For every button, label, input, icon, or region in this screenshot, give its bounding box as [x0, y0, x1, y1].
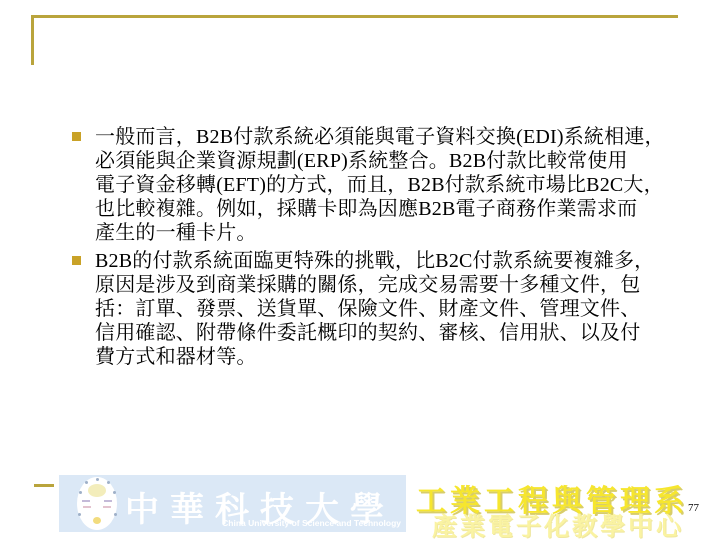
emblem-dash: [103, 506, 111, 508]
emblem-rim-dot: [96, 478, 99, 481]
bullet-list: 一般而言，B2B付款系統必須能與電子資料交換(EDI)系統相連， 必須能與企業資…: [72, 125, 702, 369]
bullet-text: B2B的付款系統面臨更特殊的挑戰，比B2C付款系統要複雜多， 原因是涉及到商業採…: [95, 249, 654, 369]
emblem-rim-dot: [85, 481, 88, 484]
emblem-dash: [83, 506, 91, 508]
emblem-center-shape: [88, 484, 106, 497]
university-logo-icon: [77, 477, 117, 530]
slide: 一般而言，B2B付款系統必須能與電子資料交換(EDI)系統相連， 必須能與企業資…: [0, 0, 720, 540]
emblem-rim-dot: [114, 513, 117, 516]
emblem-rim-dot: [107, 481, 110, 484]
emblem-dash: [104, 500, 112, 502]
bullet-item: 一般而言，B2B付款系統必須能與電子資料交換(EDI)系統相連， 必須能與企業資…: [72, 125, 702, 245]
bullet-square-icon: [72, 256, 81, 265]
title-frame-vertical-line: [31, 15, 34, 65]
department-subtitle: 產業電子化教學中心: [432, 507, 684, 540]
page-number: 77: [688, 502, 699, 514]
bullet-item: B2B的付款系統面臨更特殊的挑戰，比B2C付款系統要複雜多， 原因是涉及到商業採…: [72, 249, 702, 369]
emblem-rim-dot: [113, 491, 116, 494]
bullet-text: 一般而言，B2B付款系統必須能與電子資料交換(EDI)系統相連， 必須能與企業資…: [95, 125, 665, 245]
title-frame-horizontal-line: [31, 15, 678, 18]
emblem-rim-dot: [78, 513, 81, 516]
university-banner: 中華科技大學 China University of Science and T…: [59, 475, 406, 532]
university-name-english: China University of Science and Technolo…: [222, 518, 401, 528]
bullet-square-icon: [72, 132, 81, 141]
footer-dash: [34, 484, 54, 487]
emblem-dash: [82, 500, 90, 502]
emblem-bottom-shape: [93, 517, 101, 524]
emblem-rim-dot: [79, 491, 82, 494]
